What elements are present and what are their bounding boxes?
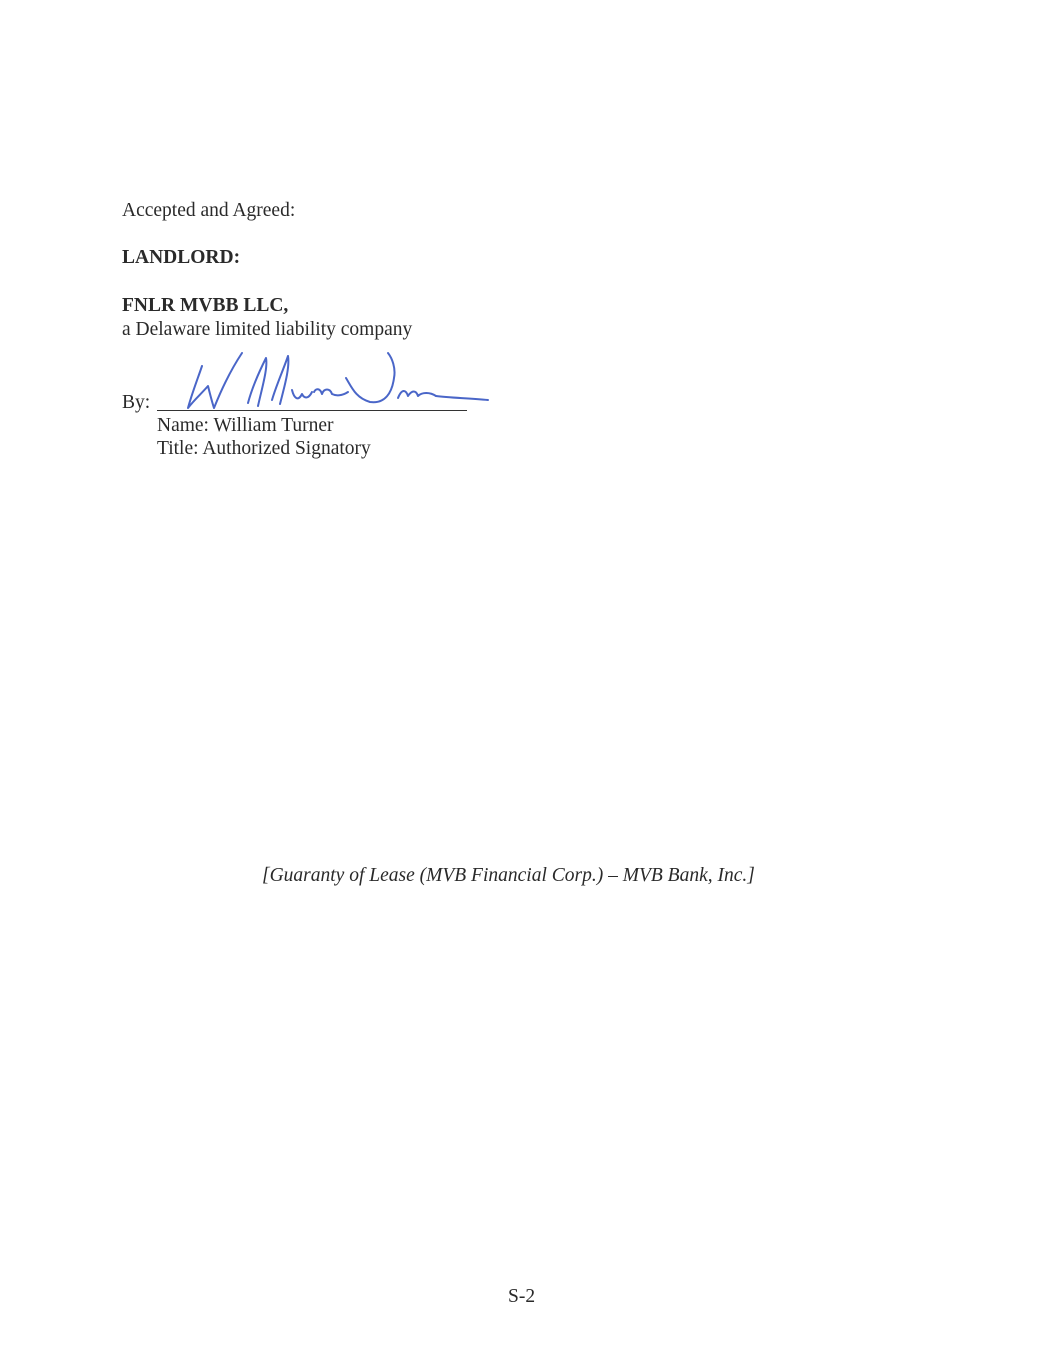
- document-caption: [Guaranty of Lease (MVB Financial Corp.)…: [262, 866, 755, 886]
- page-number: S-2: [508, 1287, 535, 1307]
- company-name: FNLR MVBB LLC,: [122, 296, 288, 316]
- by-label: By:: [122, 393, 150, 413]
- signer-title: Title: Authorized Signatory: [157, 439, 371, 459]
- company-description: a Delaware limited liability company: [122, 320, 412, 340]
- handwritten-signature: [180, 348, 490, 413]
- signer-name: Name: William Turner: [157, 416, 334, 436]
- party-label: LANDLORD:: [122, 248, 240, 268]
- accepted-and-agreed: Accepted and Agreed:: [122, 201, 295, 221]
